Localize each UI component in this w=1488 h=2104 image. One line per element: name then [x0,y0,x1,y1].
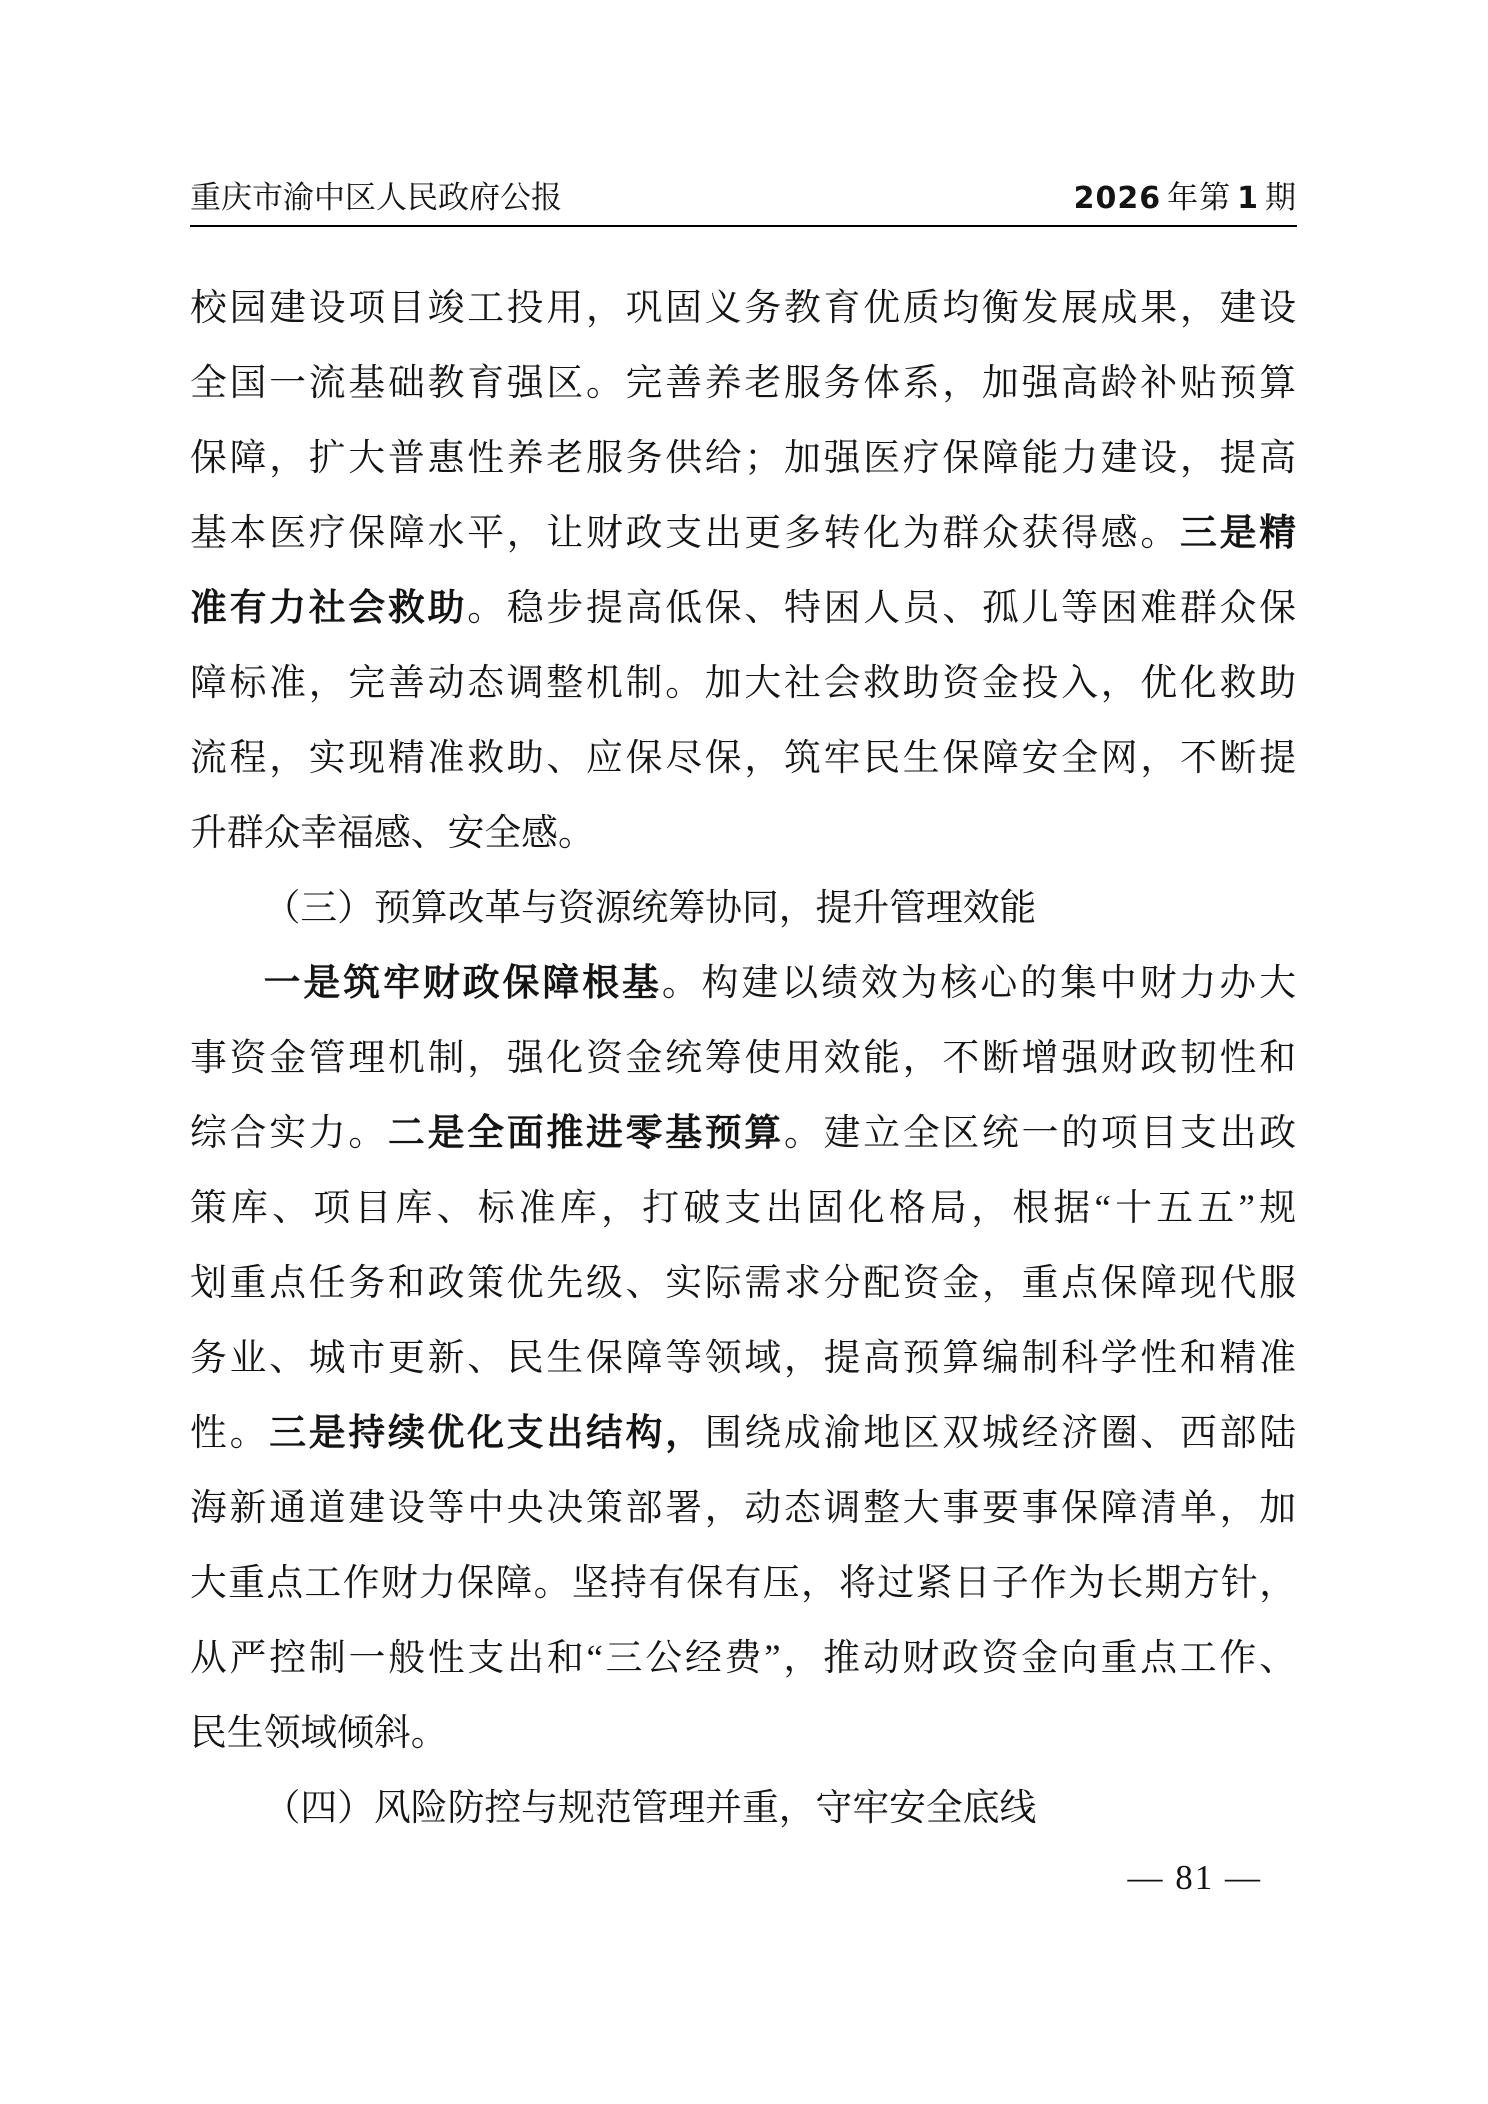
text-run: 流程，实现精准救助、应保尽保，筑牢民生保障安全网，不断提 [190,737,1296,778]
text-run: 大重点工作财力保障。坚持有保有压，将过紧日子作为长期方针， [190,1562,1296,1603]
body-line: 从严控制一般性支出和“三公经费”，推动财政资金向重点工作、 [190,1620,1296,1695]
bold-text-run: 准有力社会救助 [190,587,467,628]
text-run: 年第 [1167,180,1231,215]
body-line: 全国一流基础教育强区。完善养老服务体系，加强高龄补贴预算 [190,345,1296,420]
text-run: 综合实力。 [190,1112,388,1153]
body-line: 大重点工作财力保障。坚持有保有压，将过紧日子作为长期方针， [190,1545,1296,1620]
page-number: — 81 — [1128,1856,1263,1900]
body-line: 划重点任务和政策优先级、实际需求分配资金，重点保障现代服 [190,1245,1296,1320]
bold-text-run: 三是精 [1180,512,1296,553]
text-run: 民生领域倾斜。 [190,1712,448,1753]
text-run: 障标准，完善动态调整机制。加大社会救助资金投入，优化救助 [190,662,1296,703]
body-line: 升群众幸福感、安全感。 [190,795,1296,870]
body-line: 性。三是持续优化支出结构，围绕成渝地区双城经济圈、西部陆 [190,1395,1296,1470]
text-run: 务业、城市更新、民生保障等领域，提高预算编制科学性和精准 [190,1337,1296,1378]
document-body: 校园建设项目竣工投用，巩固义务教育优质均衡发展成果，建设全国一流基础教育强区。完… [190,270,1296,1845]
page-header: 重庆市渝中区人民政府公报 2026年第1期 [190,180,1297,217]
text-run: 从严控制一般性支出和“三公经费”，推动财政资金向重点工作、 [190,1637,1296,1678]
text-run: 围绕成渝地区双城经济圈、西部陆 [705,1412,1296,1453]
body-line: 基本医疗保障水平，让财政支出更多转化为群众获得感。三是精 [190,495,1296,570]
body-line: 海新通道建设等中央决策部署，动态调整大事要事保障清单，加 [190,1470,1296,1545]
issue-info: 2026年第1期 [1068,180,1297,217]
text-run: 。建立全区统一的项目支出政 [784,1112,1296,1153]
digit-run: 1 [1237,181,1259,216]
text-run: 性。 [190,1412,269,1453]
bold-text-run: 二是全面推进零基预算 [388,1112,784,1153]
text-run: 基本医疗保障水平，让财政支出更多转化为群众获得感。 [190,512,1180,553]
bold-text-run: 一是筑牢财政保障根基 [264,962,662,1003]
text-run: 策库、项目库、标准库，打破支出固化格局，根据“十五五”规 [190,1187,1296,1228]
text-run: 事资金管理机制，强化资金统筹使用效能，不断增强财政韧性和 [190,1037,1296,1078]
body-line: （四）风险防控与规范管理并重，守牢安全底线 [190,1770,1296,1845]
body-line: 校园建设项目竣工投用，巩固义务教育优质均衡发展成果，建设 [190,270,1296,345]
bold-text-run: 三是持续优化支出结构， [269,1412,705,1453]
body-line: 务业、城市更新、民生保障等领域，提高预算编制科学性和精准 [190,1320,1296,1395]
text-run: 划重点任务和政策优先级、实际需求分配资金，重点保障现代服 [190,1262,1296,1303]
text-run: 。稳步提高低保、特困人员、孤儿等困难群众保 [467,587,1296,628]
text-run: 保障，扩大普惠性养老服务供给；加强医疗保障能力建设，提高 [190,437,1296,478]
body-line: 事资金管理机制，强化资金统筹使用效能，不断增强财政韧性和 [190,1020,1296,1095]
text-run: 期 [1265,180,1297,215]
body-line: （三）预算改革与资源统筹协同，提升管理效能 [190,870,1296,945]
text-run: 升群众幸福感、安全感。 [190,812,595,853]
digit-run: 2026 [1074,181,1162,216]
body-line: 保障，扩大普惠性养老服务供给；加强医疗保障能力建设，提高 [190,420,1296,495]
text-run: 全国一流基础教育强区。完善养老服务体系，加强高龄补贴预算 [190,362,1296,403]
body-line: 准有力社会救助。稳步提高低保、特困人员、孤儿等困难群众保 [190,570,1296,645]
text-run: 校园建设项目竣工投用，巩固义务教育优质均衡发展成果，建设 [190,287,1296,328]
text-run: 。构建以绩效为核心的集中财力办大 [662,962,1296,1003]
body-line: 一是筑牢财政保障根基。构建以绩效为核心的集中财力办大 [190,945,1296,1020]
body-line: 综合实力。二是全面推进零基预算。建立全区统一的项目支出政 [190,1095,1296,1170]
text-run: 海新通道建设等中央决策部署，动态调整大事要事保障清单，加 [190,1487,1296,1528]
body-line: 流程，实现精准救助、应保尽保，筑牢民生保障安全网，不断提 [190,720,1296,795]
body-line: 民生领域倾斜。 [190,1695,1296,1770]
text-run: （三）预算改革与资源统筹协同，提升管理效能 [264,887,1037,928]
gazette-title: 重庆市渝中区人民政府公报 [190,180,562,216]
gazette-page: 重庆市渝中区人民政府公报 2026年第1期 校园建设项目竣工投用，巩固义务教育优… [0,0,1488,2104]
body-line: 策库、项目库、标准库，打破支出固化格局，根据“十五五”规 [190,1170,1296,1245]
header-rule [190,225,1297,227]
body-line: 障标准，完善动态调整机制。加大社会救助资金投入，优化救助 [190,645,1296,720]
text-run: （四）风险防控与规范管理并重，守牢安全底线 [264,1787,1037,1828]
